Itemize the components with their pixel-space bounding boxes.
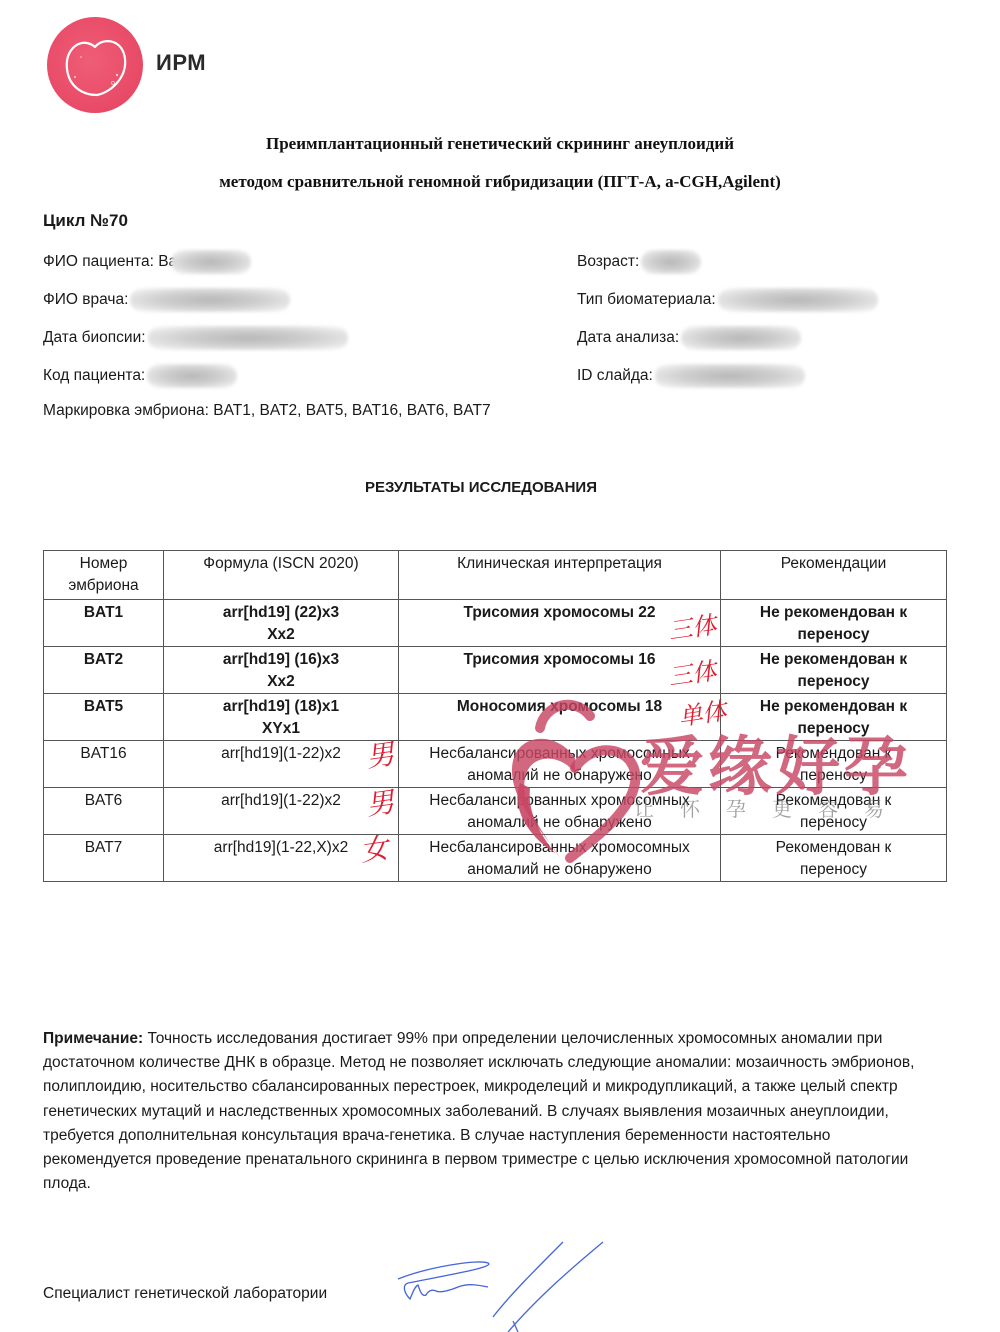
column-header-formula: Формула (ISCN 2020) (164, 551, 399, 600)
handwritten-annotation: 三体 (666, 651, 718, 692)
formula-cell: arr[hd19] (16)x3 Xx2 (164, 647, 399, 694)
note-paragraph: Примечание: Точность исследования достиг… (43, 1027, 943, 1196)
handwritten-annotation: 女 (357, 826, 390, 870)
handwritten-annotation: 三体 (666, 605, 718, 646)
patient-name-label: ФИО пациента: (43, 253, 154, 270)
column-header-embryo: Номер эмбриона (44, 551, 164, 600)
age-field: Возраст: (577, 250, 701, 274)
redacted-slide-id (655, 364, 805, 388)
biomaterial-type-field: Тип биоматериала: (577, 288, 878, 312)
redacted-patient-name (171, 250, 251, 274)
biopsy-date-label: Дата биопсии: (43, 329, 146, 346)
embryo-id: BAT6 (44, 788, 164, 835)
table-row: BAT1 arr[hd19] (22)x3 Xx2 Трисомия хромо… (44, 600, 947, 647)
redacted-patient-code (147, 364, 237, 388)
formula-cell: arr[hd19] (22)x3 Xx2 (164, 600, 399, 647)
signature-label: Специалист генетической лаборатории (43, 1285, 327, 1303)
clinic-name: ИРМ (156, 50, 206, 76)
embryo-id: BAT7 (44, 835, 164, 882)
patient-code-field: Код пациента: (43, 364, 237, 388)
document-title-line-2: методом сравнительной геномной гибридиза… (0, 172, 1000, 192)
redacted-analysis-date (681, 326, 801, 350)
doctor-name-field: ФИО врача: (43, 288, 290, 312)
recommendation-cell: Не рекомендован к переносу (721, 647, 947, 694)
watermark-subtext: 让怀孕更容易 (634, 793, 910, 822)
clinic-logo (47, 17, 143, 113)
redacted-doctor-name (130, 288, 290, 312)
recommendation-cell: Рекомендован к переносу (721, 835, 947, 882)
patient-name-field: ФИО пациента: Ва (43, 250, 251, 274)
embryo-id: BAT2 (44, 647, 164, 694)
slide-id-field: ID слайда: (577, 364, 805, 388)
results-heading: РЕЗУЛЬТАТЫ ИССЛЕДОВАНИЯ (0, 479, 962, 496)
cycle-number: Цикл №70 (43, 211, 128, 231)
heart-in-circle-icon (47, 17, 143, 113)
note-text: Точность исследования достигает 99% при … (43, 1030, 914, 1192)
embryo-id: BAT1 (44, 600, 164, 647)
handwritten-signature-icon (388, 1237, 628, 1332)
analysis-date-field: Дата анализа: (577, 326, 801, 350)
biomaterial-type-label: Тип биоматериала: (577, 291, 716, 308)
redacted-biopsy-date (148, 326, 348, 350)
doctor-name-label: ФИО врача: (43, 291, 128, 308)
patient-code-label: Код пациента: (43, 367, 145, 384)
document-title-line-1: Преимплантационный генетический скрининг… (0, 134, 1000, 154)
handwritten-annotation: 男 (363, 732, 396, 776)
formula-cell: arr[hd19] (18)x1 XYx1 (164, 694, 399, 741)
table-row: BAT7 arr[hd19](1-22,X)x2 Несбалансирован… (44, 835, 947, 882)
heart-leaf-icon (500, 688, 650, 873)
recommendation-cell: Не рекомендован к переносу (721, 600, 947, 647)
formula-cell: arr[hd19](1-22)x2 (164, 741, 399, 788)
column-header-recommendation: Рекомендации (721, 551, 947, 600)
embryo-id: BAT5 (44, 694, 164, 741)
analysis-date-label: Дата анализа: (577, 329, 679, 346)
redacted-biomaterial-type (718, 288, 878, 312)
embryo-id: BAT16 (44, 741, 164, 788)
table-row: BAT2 arr[hd19] (16)x3 Xx2 Трисомия хромо… (44, 647, 947, 694)
age-label: Возраст: (577, 253, 639, 270)
slide-id-label: ID слайда: (577, 367, 653, 384)
biopsy-date-field: Дата биопсии: (43, 326, 348, 350)
embryo-marking: Маркировка эмбриона: BAT1, BAT2, BAT5, B… (43, 402, 491, 420)
table-header-row: Номер эмбриона Формула (ISCN 2020) Клини… (44, 551, 947, 600)
column-header-interpretation: Клиническая интерпретация (399, 551, 721, 600)
handwritten-annotation: 男 (363, 780, 396, 824)
formula-cell: arr[hd19](1-22)x2 (164, 788, 399, 835)
note-label: Примечание: (43, 1030, 143, 1047)
redacted-age (641, 250, 701, 274)
